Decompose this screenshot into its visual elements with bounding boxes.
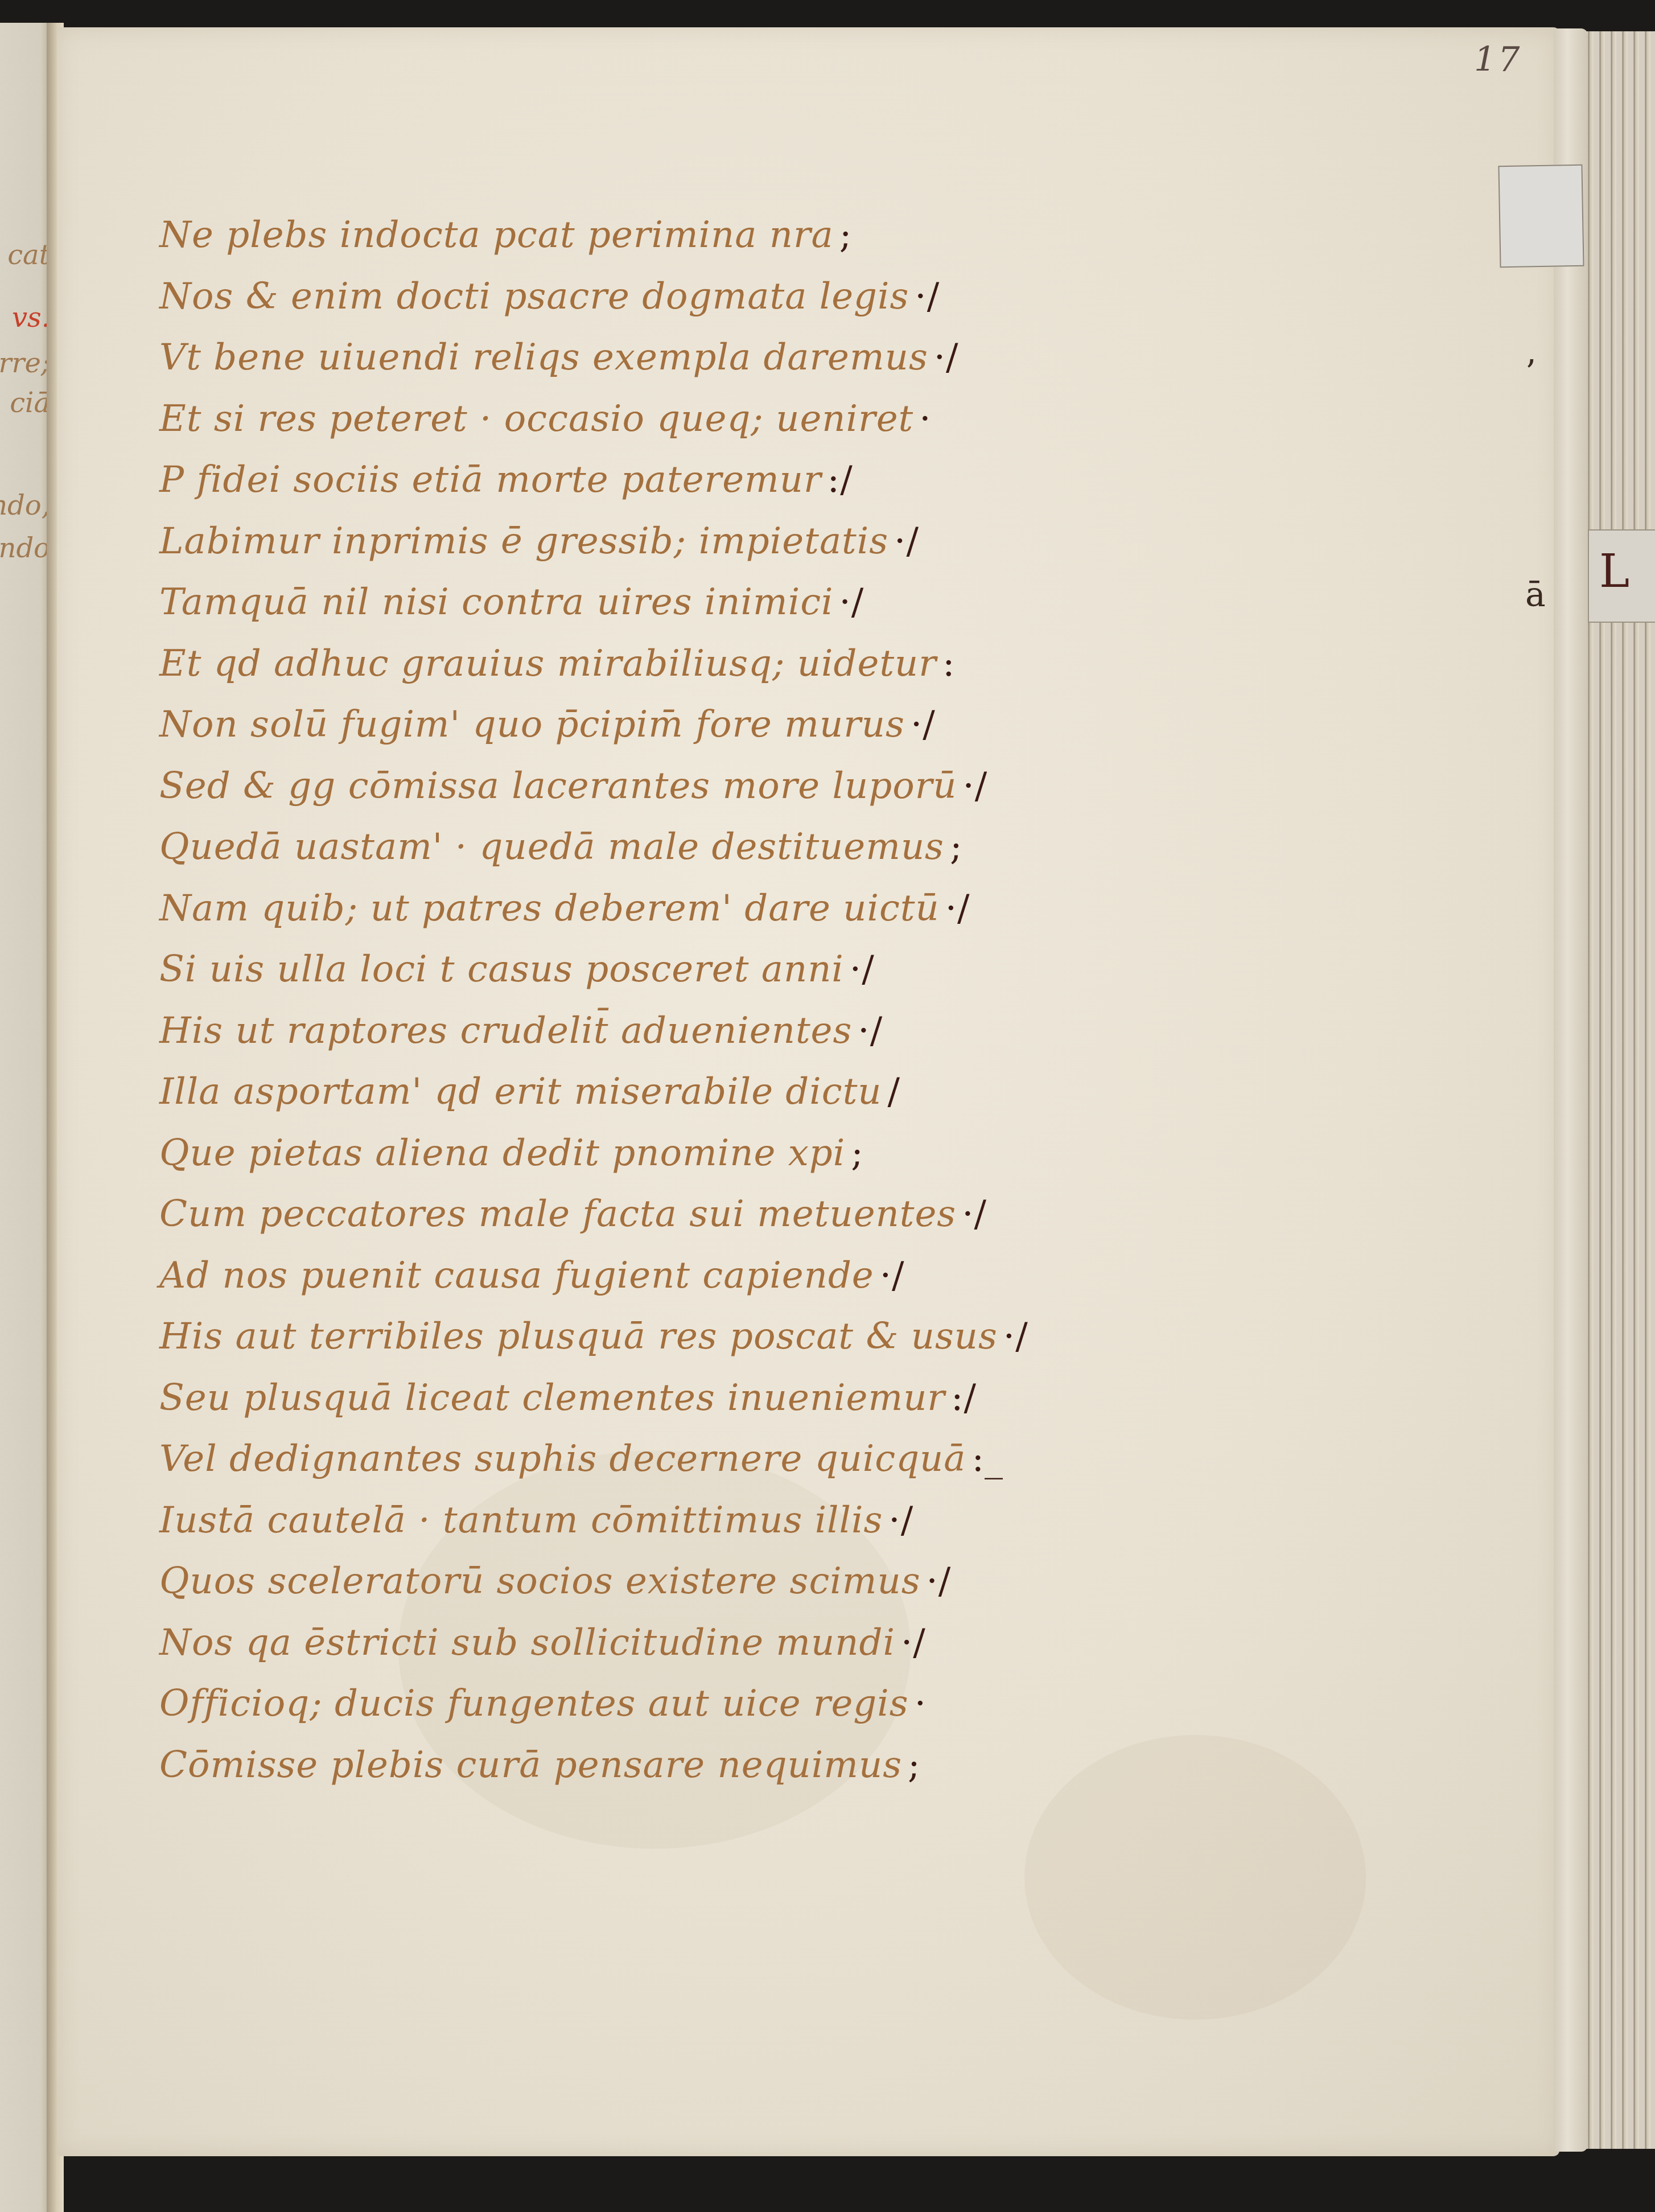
line-text: Et qd adhuc grauius mirabiliusq; uidetur	[159, 643, 937, 685]
line-text: Tamquā nil nisi contra uires inimici	[159, 581, 833, 623]
line-text: Sed & gg cōmissa lacerantes more luporū	[159, 765, 957, 807]
manuscript-line: Non solū fugim' quo p̄cipim̄ fore murus·…	[159, 694, 1138, 756]
line-text: Officioq; ducis fungentes aut uice regis	[159, 1683, 909, 1725]
manuscript-line: Iustā cautelā · tantum cōmittimus illis·…	[159, 1490, 1138, 1552]
manuscript-line: Ne plebs indocta pcat perimina nra;	[159, 205, 1138, 266]
line-text: Iustā cautelā · tantum cōmittimus illis	[159, 1499, 883, 1541]
manuscript-line: Cum peccatores male facta sui metuentes·…	[159, 1184, 1138, 1245]
line-punctuation: ;	[908, 1744, 921, 1786]
previous-page-text-fragment: ferre;	[0, 347, 50, 379]
line-text: Seu plusquā liceat clementes inueniemur	[159, 1377, 945, 1419]
manuscript-text-block: Ne plebs indocta pcat perimina nra;Nos &…	[159, 205, 1138, 1796]
manuscript-line: Sed & gg cōmissa lacerantes more luporū·…	[159, 756, 1138, 817]
line-text: Nam quib; ut patres deberem' dare uictū	[159, 887, 940, 930]
folio-number: 17	[1474, 40, 1522, 80]
line-text: Vel dedignantes suphis decernere quicquā	[159, 1438, 966, 1480]
line-text: Non solū fugim' quo p̄cipim̄ fore murus	[159, 704, 905, 746]
line-punctuation: ·/	[962, 765, 987, 807]
line-text: Quedā uastam' · quedā male destituemus	[159, 826, 944, 868]
line-punctuation: :	[942, 643, 956, 685]
manuscript-line: Quos sceleratorū socios existere scimus·…	[159, 1551, 1138, 1613]
line-text: P fidei sociis etiā morte pateremur	[159, 459, 822, 501]
index-tab-marker[interactable]: L	[1588, 529, 1655, 623]
line-punctuation: :/	[827, 459, 853, 501]
line-punctuation: ·/	[915, 276, 940, 318]
manuscript-line: Illa asportam' qd erit miserabile dictu/	[159, 1062, 1138, 1123]
line-punctuation: ;	[950, 826, 963, 868]
line-punctuation: /	[888, 1071, 901, 1113]
manuscript-line: Si uis ulla loci t casus posceret anni·/	[159, 939, 1138, 1001]
tab-letter-mark: L	[1599, 545, 1629, 598]
manuscript-line: Et qd adhuc grauius mirabiliusq; uidetur…	[159, 634, 1138, 695]
manuscript-line: His aut terribiles plusquā res poscat & …	[159, 1306, 1138, 1368]
paper-tab-marker[interactable]	[1498, 165, 1584, 268]
line-text: Ne plebs indocta pcat perimina nra	[159, 214, 834, 256]
line-text: His aut terribiles plusquā res poscat & …	[159, 1315, 998, 1358]
line-punctuation: ·/	[894, 520, 919, 562]
manuscript-line: Seu plusquā liceat clementes inueniemur:…	[159, 1368, 1138, 1429]
line-text: Nos qa ēstricti sub sollicitudine mundi	[159, 1622, 895, 1664]
margin-mark: ’	[1525, 353, 1536, 393]
previous-page-text-fragment: ando,	[0, 490, 50, 521]
margin-mark: ā	[1525, 575, 1546, 615]
line-punctuation: ;	[839, 214, 853, 256]
line-punctuation: ·/	[880, 1255, 905, 1297]
manuscript-line: Et si res peteret · occasio queq; uenire…	[159, 389, 1138, 450]
line-punctuation: ·/	[1003, 1315, 1028, 1358]
line-punctuation: ·	[915, 1683, 927, 1725]
line-punctuation: ;	[851, 1132, 864, 1174]
manuscript-line: Quedā uastam' · quedā male destituemus;	[159, 817, 1138, 878]
line-text: His ut raptores crudelit̄ aduenientes	[159, 1010, 852, 1052]
line-text: Vt bene uiuendi reliqs exempla daremus	[159, 336, 928, 379]
manuscript-line: Officioq; ducis fungentes aut uice regis…	[159, 1674, 1138, 1735]
line-punctuation: ·/	[888, 1499, 913, 1541]
line-punctuation: ·/	[934, 336, 959, 379]
manuscript-line: Tamquā nil nisi contra uires inimici·/	[159, 572, 1138, 634]
previous-page-text-fragment: ciā	[10, 387, 50, 419]
line-punctuation: :/	[951, 1377, 977, 1419]
manuscript-line: Vel dedignantes suphis decernere quicquā…	[159, 1429, 1138, 1490]
manuscript-line: Nam quib; ut patres deberem' dare uictū·…	[159, 878, 1138, 940]
manuscript-line: Cōmisse plebis curā pensare nequimus;	[159, 1735, 1138, 1796]
manuscript-line: Nos & enim docti psacre dogmata legis·/	[159, 266, 1138, 328]
line-punctuation: ·/	[839, 581, 864, 623]
previous-page-text-fragment: mundo	[0, 532, 50, 564]
line-punctuation: ·/	[901, 1622, 926, 1664]
page-fore-edge	[1554, 28, 1588, 2152]
manuscript-line: Ad nos puenit causa fugient capiende·/	[159, 1245, 1138, 1307]
manuscript-line: His ut raptores crudelit̄ aduenientes·/	[159, 1001, 1138, 1062]
line-text: Cum peccatores male facta sui metuentes	[159, 1193, 956, 1235]
line-text: Cōmisse plebis curā pensare nequimus	[159, 1744, 902, 1786]
line-text: Si uis ulla loci t casus posceret anni	[159, 948, 844, 990]
line-text: Illa asportam' qd erit miserabile dictu	[159, 1071, 882, 1113]
line-punctuation: ·/	[926, 1560, 951, 1602]
line-text: Quos sceleratorū socios existere scimus	[159, 1560, 920, 1602]
line-text: Et si res peteret · occasio queq; uenire…	[159, 398, 913, 440]
manuscript-line: Nos qa ēstricti sub sollicitudine mundi·…	[159, 1613, 1138, 1674]
line-punctuation: ·/	[850, 948, 875, 990]
manuscript-line: Que pietas aliena dedit pnomine xpi;	[159, 1123, 1138, 1185]
manuscript-line: Vt bene uiuendi reliqs exempla daremus·/	[159, 327, 1138, 389]
line-punctuation: ·/	[911, 704, 936, 746]
line-punctuation: ·/	[945, 887, 970, 930]
line-punctuation: ·/	[858, 1010, 883, 1052]
line-punctuation: :_	[971, 1438, 1003, 1480]
previous-page-text-fragment: vs.	[12, 302, 50, 334]
line-text: Nos & enim docti psacre dogmata legis	[159, 276, 909, 318]
line-punctuation: ·/	[962, 1193, 987, 1235]
line-text: Que pietas aliena dedit pnomine xpi	[159, 1132, 845, 1174]
line-text: Ad nos puenit causa fugient capiende	[159, 1255, 874, 1297]
line-text: Labimur inprimis ē gressib; impietatis	[159, 520, 888, 562]
manuscript-line: Labimur inprimis ē gressib; impietatis·/	[159, 511, 1138, 573]
previous-page-edge: catvs.ferre;ciāando,mundo	[0, 23, 51, 2212]
line-punctuation: ·	[919, 398, 931, 440]
previous-page-text-fragment: cat	[7, 239, 50, 271]
manuscript-line: P fidei sociis etiā morte pateremur:/	[159, 450, 1138, 511]
